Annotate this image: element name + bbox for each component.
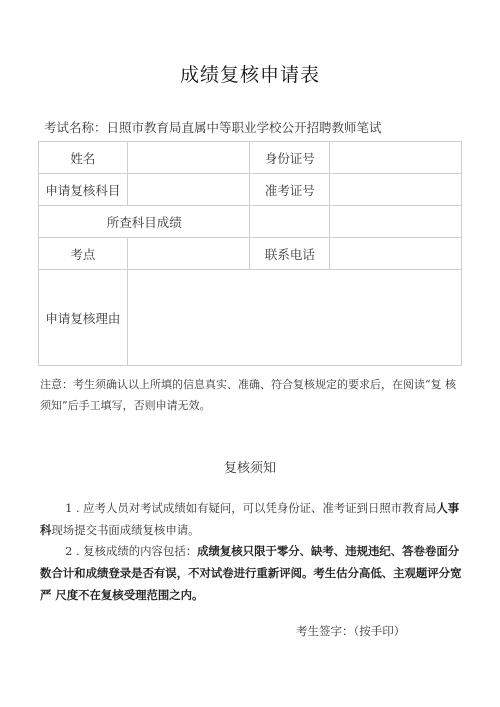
subject-score-extra-field[interactable] xyxy=(330,206,462,238)
exam-name-line: 考试名称：日照市教育局直属中等职业学校公开招聘教师笔试 xyxy=(44,118,382,136)
notice-text: 注意：考生须确认以上所填的信息真实、准确、符合复核规定的要求后，在阅读“复 核须… xyxy=(40,374,464,416)
exam-site-field[interactable] xyxy=(127,238,250,270)
admission-ticket-field[interactable] xyxy=(330,174,462,206)
exam-site-label: 考点 xyxy=(39,238,128,270)
subject-score-field[interactable] xyxy=(250,206,330,238)
table-row: 申请复核科目 准考证号 xyxy=(39,174,462,206)
name-field[interactable] xyxy=(127,142,250,174)
table-row: 考点 联系电话 xyxy=(39,238,462,270)
instructions-title: 复核须知 xyxy=(0,457,500,476)
review-subject-field[interactable] xyxy=(127,174,250,206)
id-number-label: 身份证号 xyxy=(250,142,330,174)
name-label: 姓名 xyxy=(39,142,128,174)
instruction-1-text: 1 . 应考人员对考试成绩如有疑问，可以凭身份证、准考证到日照市教育局 xyxy=(65,501,436,515)
application-form-table: 姓名 身份证号 申请复核科目 准考证号 所查科目成绩 考点 联系电话 申请复核理… xyxy=(38,141,462,366)
instruction-1-tail: 现场提交书面成绩复核申请。 xyxy=(51,523,199,537)
table-row: 姓名 身份证号 xyxy=(39,142,462,174)
instruction-2-text: 2 . 复核成绩的内容包括： xyxy=(65,544,197,558)
admission-ticket-label: 准考证号 xyxy=(250,174,330,206)
review-reason-field[interactable] xyxy=(127,270,461,366)
exam-name-label: 考试名称： xyxy=(44,120,107,135)
table-row: 所查科目成绩 xyxy=(39,206,462,238)
review-subject-label: 申请复核科目 xyxy=(39,174,128,206)
subject-score-label: 所查科目成绩 xyxy=(39,206,250,238)
instruction-item-2: 2 . 复核成绩的内容包括：成绩复核只限于零分、缺考、违规违纪、答卷卷面分数合计… xyxy=(40,540,464,606)
instruction-item-1: 1 . 应考人员对考试成绩如有疑问，可以凭身份证、准考证到日照市教育局人事科现场… xyxy=(40,497,464,541)
table-row: 申请复核理由 xyxy=(39,270,462,366)
signature-line: 考生签字：（按手印） xyxy=(296,623,405,639)
review-reason-label: 申请复核理由 xyxy=(39,270,128,366)
exam-name-value: 日照市教育局直属中等职业学校公开招聘教师笔试 xyxy=(107,120,382,135)
id-number-field[interactable] xyxy=(330,142,462,174)
phone-label: 联系电话 xyxy=(250,238,330,270)
document-title: 成绩复核申请表 xyxy=(0,60,500,87)
phone-field[interactable] xyxy=(330,238,462,270)
